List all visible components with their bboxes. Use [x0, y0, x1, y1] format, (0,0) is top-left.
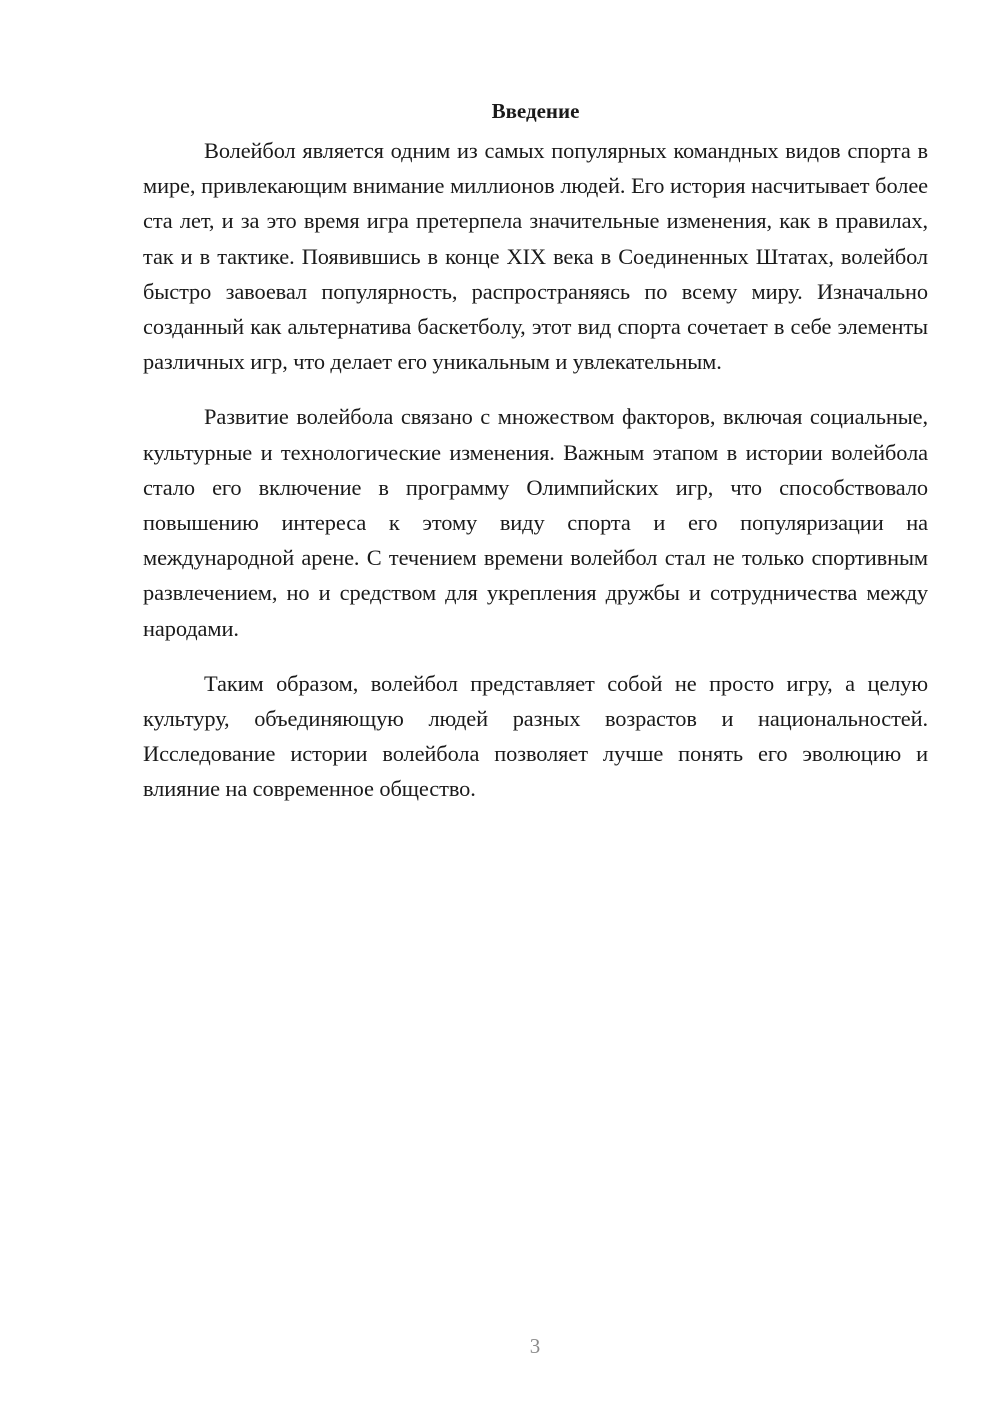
page-number: 3	[0, 1334, 1000, 1359]
page-content: Введение Волейбол является одним из самы…	[143, 94, 928, 807]
paragraph-intro: Волейбол является одним из самых популяр…	[143, 133, 928, 379]
paragraph-conclusion: Таким образом, волейбол представляет соб…	[143, 666, 928, 807]
document-page: Введение Волейбол является одним из самы…	[0, 0, 1000, 1414]
paragraph-development: Развитие волейбола связано с множеством …	[143, 399, 928, 645]
section-title: Введение	[143, 94, 928, 129]
